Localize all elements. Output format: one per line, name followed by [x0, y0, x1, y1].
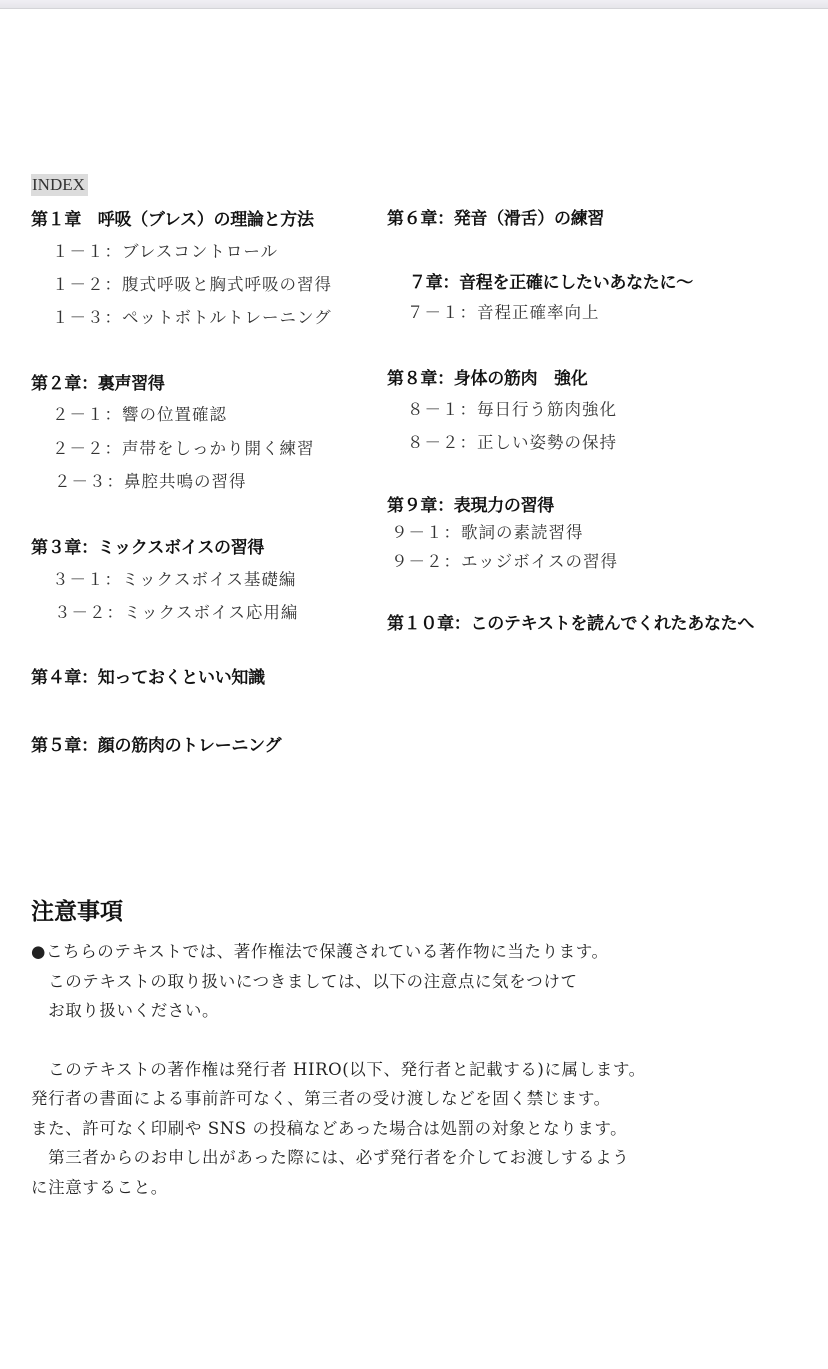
- top-status-bar: [0, 0, 828, 9]
- section-1-1: １－１：ブレスコントロール: [52, 238, 278, 262]
- notice-line-3: お取り扱いください。: [31, 997, 219, 1021]
- section-7-1: ７－１：音程正確率向上: [407, 299, 600, 323]
- section-3-1: ３－１：ミックスボイス基礎編: [52, 566, 296, 590]
- notice-line-1: ●こちらのテキストでは、著作権法で保護されている著作物に当たります。: [31, 938, 609, 962]
- chapter-8-title: 第８章：身体の筋肉 強化: [387, 364, 587, 389]
- notice-line-6: また、許可なく印刷や SNS の投稿などあった場合は処罰の対象となります。: [31, 1115, 627, 1139]
- index-label: INDEX: [31, 174, 88, 196]
- notice-line-5: 発行者の書面による事前許可なく、第三者の受け渡しなどを固く禁じます。: [31, 1085, 611, 1109]
- section-2-2: ２－２：声帯をしっかり開く練習: [52, 435, 315, 459]
- section-2-1: ２－１：響の位置確認: [52, 401, 227, 425]
- chapter-10-title: 第１０章：このテキストを読んでくれたあなたへ: [387, 609, 754, 634]
- section-9-2: ９－２：エッジボイスの習得: [391, 548, 618, 572]
- chapter-4-title: 第４章：知っておくといい知識: [31, 663, 265, 688]
- section-8-1: ８－１：毎日行う筋肉強化: [407, 396, 617, 420]
- chapter-2-title: 第２章：裏声習得: [31, 369, 165, 394]
- section-9-1: ９－１：歌詞の素読習得: [391, 519, 584, 543]
- section-2-3: ２－３：鼻腔共鳴の習得: [54, 468, 247, 492]
- notice-title: 注意事項: [31, 893, 123, 926]
- notice-line-4: このテキストの著作権は発行者 HIRO(以下、発行者と記載する)に属します。: [31, 1056, 646, 1080]
- chapter-3-title: 第３章：ミックスボイスの習得: [31, 533, 264, 558]
- section-3-2: ３－２：ミックスボイス応用編: [54, 599, 298, 623]
- chapter-6-title: 第６章：発音（滑舌）の練習: [387, 204, 604, 229]
- chapter-9-title: 第９章：表現力の習得: [387, 491, 554, 516]
- notice-line-7: 第三者からのお申し出があった際には、必ず発行者を介してお渡しするよう: [31, 1144, 629, 1168]
- chapter-7-title: ７章：音程を正確にしたいあなたに〜: [409, 268, 693, 293]
- chapter-5-title: 第５章：顔の筋肉のトレーニング: [31, 731, 281, 756]
- chapter-1-title: 第１章 呼吸（ブレス）の理論と方法: [31, 205, 314, 230]
- notice-line-2: このテキストの取り扱いにつきましては、以下の注意点に気をつけて: [31, 968, 578, 992]
- section-1-2: １－２：腹式呼吸と胸式呼吸の習得: [52, 271, 332, 295]
- notice-line-8: に注意すること。: [31, 1174, 168, 1198]
- section-1-3: １－３：ペットボトルトレーニング: [52, 304, 332, 328]
- section-8-2: ８－２：正しい姿勢の保持: [407, 429, 617, 453]
